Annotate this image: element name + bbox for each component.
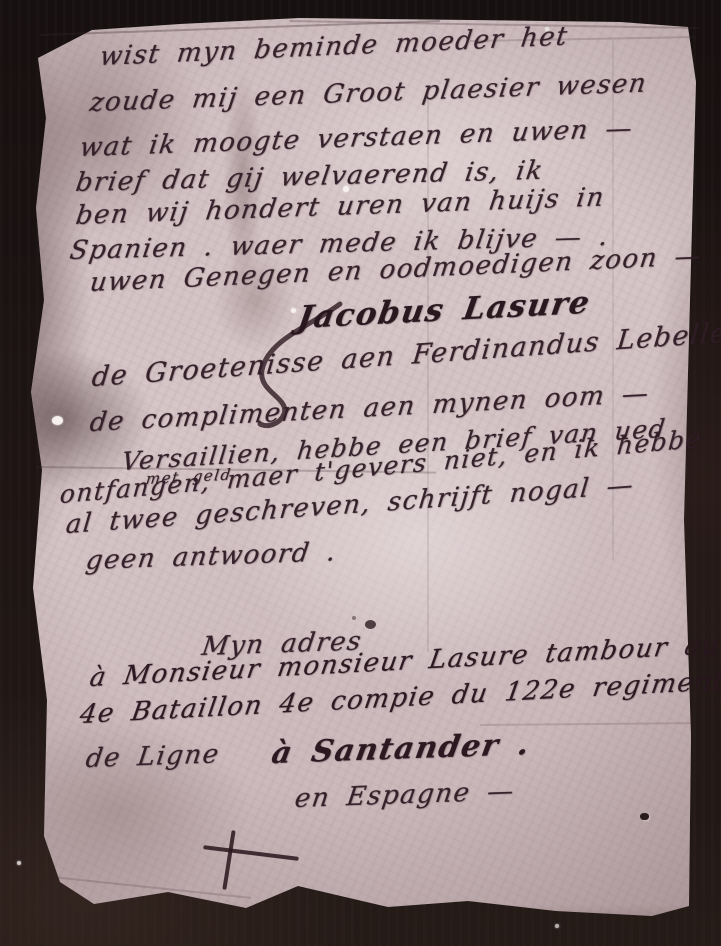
white-speck — [555, 924, 559, 928]
letter-photograph: wist myn beminde moeder het zoude mij ee… — [0, 0, 721, 946]
white-speck — [52, 416, 63, 425]
paper-hole — [640, 813, 649, 820]
white-speck — [291, 308, 296, 313]
white-speck — [343, 186, 349, 192]
address-line: de Ligne — [84, 739, 222, 774]
ink-blot — [365, 620, 376, 629]
white-speck — [17, 861, 21, 865]
white-speck — [545, 27, 549, 31]
ink-blot — [352, 616, 356, 620]
